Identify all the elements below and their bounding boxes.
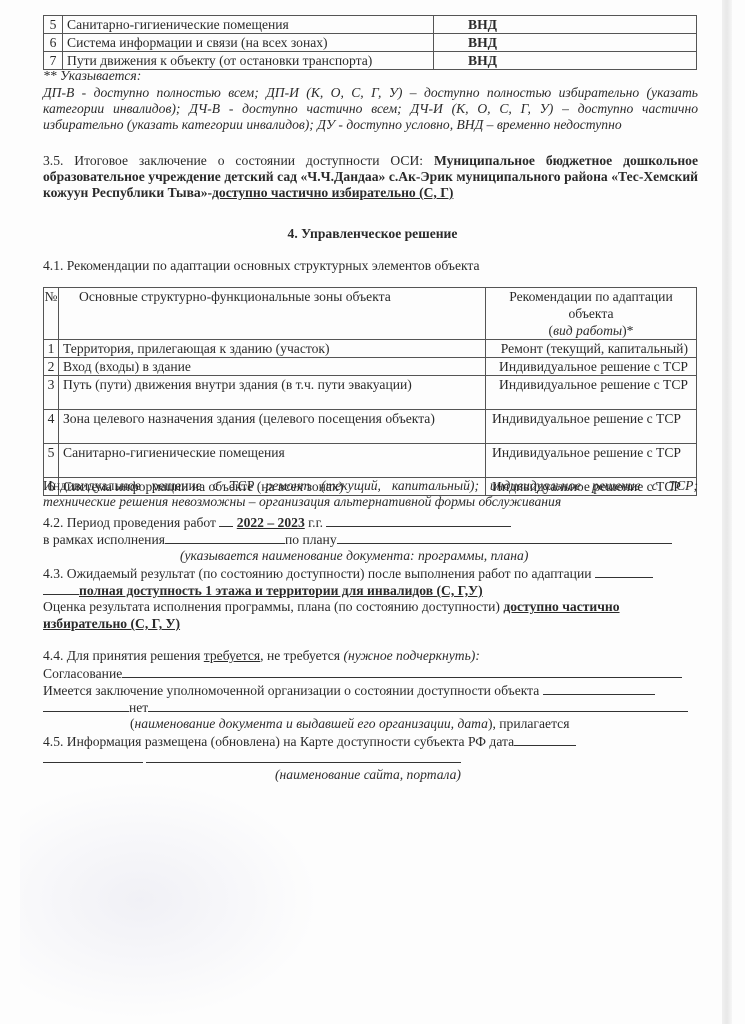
zone-name: Путь (пути) движения внутри здания (в т.… bbox=[59, 376, 486, 410]
site-line bbox=[43, 750, 461, 767]
table-row: 5 Санитарно-гигиенические помещения Инди… bbox=[44, 444, 697, 478]
expected-result-value: полная доступность 1 этажа и территории … bbox=[79, 583, 483, 598]
section-4-4: 4.4. Для принятия решения требуется, не … bbox=[43, 648, 480, 664]
recommendation: Индивидуальное решение с ТСР bbox=[486, 358, 697, 376]
evaluation-value: доступно частично bbox=[503, 599, 619, 614]
section-4-5: 4.5. Информация размещена (обновлена) на… bbox=[43, 733, 576, 750]
plan-hint: (указывается наименование документа: про… bbox=[180, 548, 528, 564]
not-required-option: , не требуется bbox=[260, 648, 343, 663]
note-plain: Индивидуальное решение с ТСР bbox=[43, 478, 265, 493]
blank-line bbox=[543, 682, 655, 695]
frame-label: в рамках исполнения bbox=[43, 532, 165, 547]
paper-crease bbox=[20, 780, 320, 1020]
recommendation: Индивидуальное решение с ТСР bbox=[486, 444, 697, 478]
period-unit: г.г. bbox=[308, 515, 323, 530]
section-4-2: 4.2. Период проведения работ 2022 – 2023… bbox=[43, 514, 511, 531]
final-conclusion: 3.5. Итоговое заключение о состоянии дос… bbox=[43, 153, 698, 201]
zone-name: Санитарно-гигиенические помещения bbox=[59, 444, 486, 478]
zone-name: Территория, прилегающая к зданию (участо… bbox=[59, 340, 486, 358]
section-4-3: 4.3. Ожидаемый результат (по состоянию д… bbox=[43, 565, 653, 582]
conclusion-exists-label: Имеется заключение уполномоченной органи… bbox=[43, 683, 539, 698]
attached-label: ), прилагается bbox=[488, 716, 570, 731]
status-value: ВНД bbox=[434, 16, 697, 34]
blank-line bbox=[514, 733, 576, 746]
conclusion-value: нет bbox=[129, 700, 148, 715]
row-number: 2 bbox=[44, 358, 59, 376]
site-hint: (наименование сайта, портала) bbox=[275, 767, 461, 783]
row-number: 7 bbox=[44, 52, 63, 70]
header-rec-star: )* bbox=[622, 323, 633, 338]
legend-body: ДП-В - доступно полностью всем; ДП-И (К,… bbox=[43, 85, 698, 132]
table-row: 3 Путь (пути) движения внутри здания (в … bbox=[44, 376, 697, 410]
recommendation: Индивидуальное решение с ТСР bbox=[486, 376, 697, 410]
table-row: 1 Территория, прилегающая к зданию (учас… bbox=[44, 340, 697, 358]
legend-heading: ** Указывается: bbox=[43, 68, 141, 84]
section-4-1-label: 4.1. Рекомендации по адаптации основных … bbox=[43, 258, 480, 274]
conclusion-label: 3.5. Итоговое заключение о состоянии дос… bbox=[43, 153, 434, 168]
conclusion-line: Имеется заключение уполномоченной органи… bbox=[43, 682, 655, 699]
section-4-2-frame: в рамках исполненияпо плану bbox=[43, 531, 672, 548]
decision-hint: (нужное подчеркнуть): bbox=[343, 648, 479, 663]
blank-line bbox=[326, 514, 511, 527]
blank-line bbox=[43, 750, 143, 763]
decision-label: 4.4. Для принятия решения bbox=[43, 648, 204, 663]
blank-line bbox=[122, 665, 682, 678]
conclusion-value-line: нет bbox=[43, 699, 688, 716]
blank-line bbox=[337, 531, 672, 544]
blank-line bbox=[219, 514, 233, 527]
table-row: 5 Санитарно-гигиенические помещения ВНД bbox=[44, 16, 697, 34]
table-note: Индивидуальное решение с ТСР ремонт (тек… bbox=[43, 478, 698, 510]
plan-label: по плану bbox=[285, 532, 337, 547]
header-num: № bbox=[44, 288, 59, 340]
blank-line bbox=[43, 582, 79, 595]
section-title: 4. Управленческое решение bbox=[0, 226, 745, 242]
approval-label: Согласование bbox=[43, 666, 122, 681]
required-option: требуется bbox=[204, 648, 260, 663]
expected-result-label: 4.3. Ожидаемый результат (по состоянию д… bbox=[43, 566, 592, 581]
blank-line bbox=[165, 531, 285, 544]
expected-result-line: полная доступность 1 этажа и территории … bbox=[43, 582, 483, 599]
row-number: 6 bbox=[44, 34, 63, 52]
blank-line bbox=[146, 750, 461, 763]
period-value: 2022 – 2023 bbox=[237, 515, 305, 530]
accessibility-status-table: 5 Санитарно-гигиенические помещения ВНД … bbox=[43, 15, 697, 70]
conclusion-hint: (наименование документа и выдавшей его о… bbox=[130, 716, 569, 732]
table-header-row: № Основные структурно-функциональные зон… bbox=[44, 288, 697, 340]
approval-line: Согласование bbox=[43, 665, 682, 682]
header-recommendation: Рекомендации по адаптации объекта(вид ра… bbox=[486, 288, 697, 340]
table-row: 6 Система информации и связи (на всех зо… bbox=[44, 34, 697, 52]
row-number: 3 bbox=[44, 376, 59, 410]
blank-line bbox=[43, 699, 129, 712]
header-rec-text: Рекомендации по адаптации объекта bbox=[509, 289, 672, 321]
recommendation: Индивидуальное решение с ТСР bbox=[486, 410, 697, 444]
map-info-label: 4.5. Информация размещена (обновлена) на… bbox=[43, 734, 514, 749]
status-value: ВНД bbox=[434, 52, 697, 70]
doc-hint: наименование документа и выдавшей его ор… bbox=[135, 716, 488, 731]
status-value: ВНД bbox=[434, 34, 697, 52]
row-number: 1 bbox=[44, 340, 59, 358]
legend-text: ДП-В - доступно полностью всем; ДП-И (К,… bbox=[43, 85, 698, 133]
header-rec-sub: вид работы bbox=[553, 323, 622, 338]
period-label: 4.2. Период проведения работ bbox=[43, 515, 219, 530]
row-number: 5 bbox=[44, 16, 63, 34]
recommendation: Ремонт (текущий, капитальный) bbox=[486, 340, 697, 358]
table-row: 7 Пути движения к объекту (от остановки … bbox=[44, 52, 697, 70]
header-zone: Основные структурно-функциональные зоны … bbox=[59, 288, 486, 340]
zone-name: Система информации и связи (на всех зона… bbox=[63, 34, 434, 52]
zone-name: Санитарно-гигиенические помещения bbox=[63, 16, 434, 34]
zone-name: Вход (входы) в здание bbox=[59, 358, 486, 376]
row-number: 4 bbox=[44, 410, 59, 444]
evaluation-label: Оценка результата исполнения программы, … bbox=[43, 599, 503, 614]
evaluation-line: Оценка результата исполнения программы, … bbox=[43, 599, 620, 615]
conclusion-result: доступно частично избирательно (С, Г) bbox=[212, 185, 453, 200]
table-row: 2 Вход (входы) в здание Индивидуальное р… bbox=[44, 358, 697, 376]
zone-name: Пути движения к объекту (от остановки тр… bbox=[63, 52, 434, 70]
evaluation-value-cont: избирательно (С, Г, У) bbox=[43, 616, 180, 632]
blank-line bbox=[148, 699, 688, 712]
table-row: 4 Зона целевого назначения здания (целев… bbox=[44, 410, 697, 444]
row-number: 5 bbox=[44, 444, 59, 478]
recommendations-table: № Основные структурно-функциональные зон… bbox=[43, 287, 697, 496]
zone-name: Зона целевого назначения здания (целевог… bbox=[59, 410, 486, 444]
blank-line bbox=[595, 565, 653, 578]
scan-shadow bbox=[722, 0, 732, 1024]
